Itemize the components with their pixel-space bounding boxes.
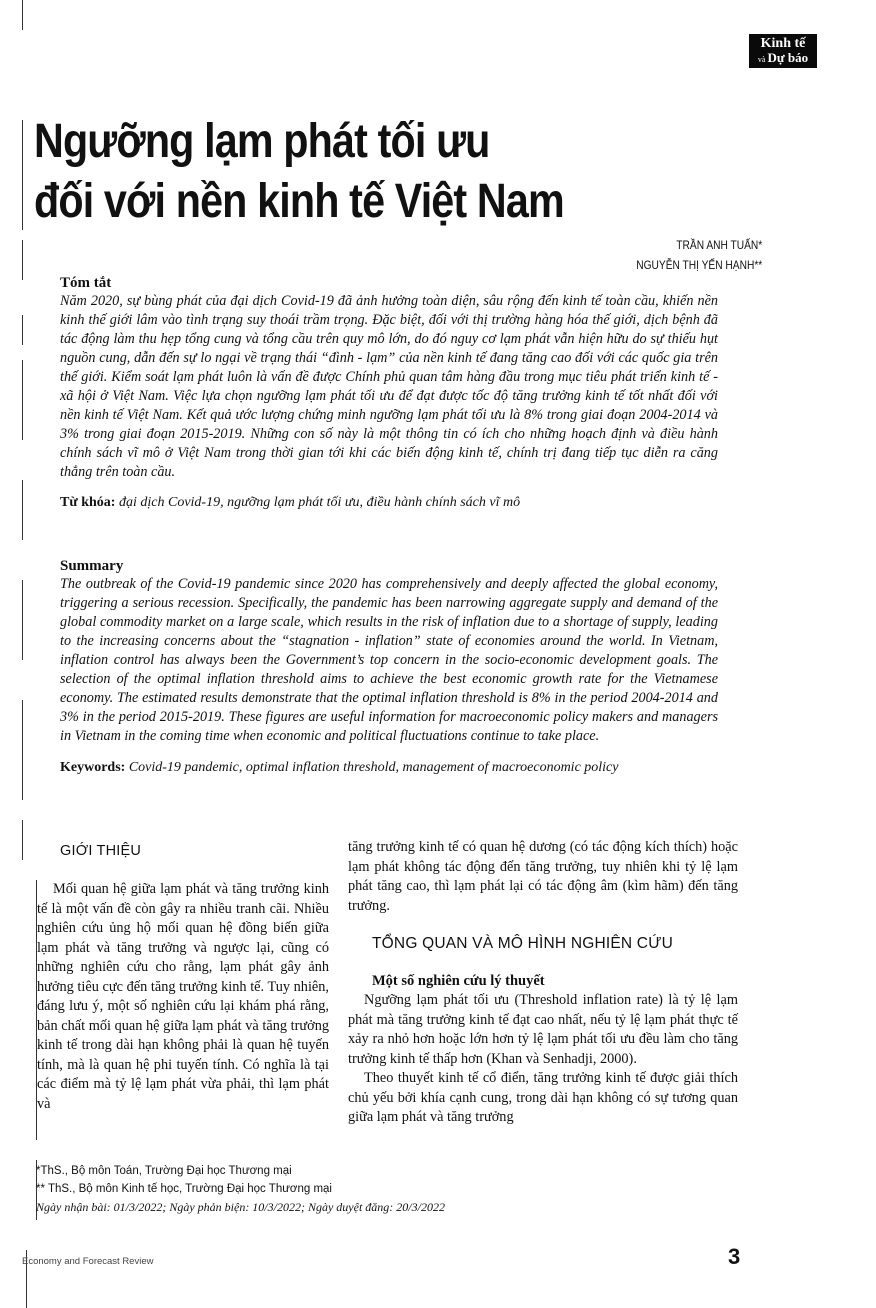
author: TRẦN ANH TUẤN* [636,235,762,255]
intro-paragraph: Mối quan hệ giữa lạm phát và tăng trưởng… [37,880,329,1114]
keywords-line-en: Keywords: Covid-19 pandemic, optimal inf… [60,758,718,777]
article-dates: Ngày nhận bài: 01/3/2022; Ngày phản biện… [36,1198,445,1216]
keywords-text-en: Covid-19 pandemic, optimal inflation thr… [129,760,619,775]
subsection-heading-theory: Một số nghiên cứu lý thuyết [372,973,545,990]
abstract-heading: Tóm tắt [60,275,718,292]
intro-column-left: Mối quan hệ giữa lạm phát và tăng trưởng… [37,880,329,1114]
keywords-label-en: Keywords: [60,760,125,775]
scan-line [22,240,23,280]
scan-line [22,0,23,30]
page-number: 3 [728,1244,740,1270]
footnotes: *ThS., Bộ môn Toán, Trường Đại học Thươn… [36,1162,445,1216]
abstract-text: Năm 2020, sự bùng phát của đại dịch Covi… [60,292,718,482]
scan-line [22,700,23,800]
article-title: Ngưỡng lạm phát tối ưu đối với nền kinh … [34,112,688,232]
section-heading-review: TỔNG QUAN VÀ MÔ HÌNH NGHIÊN CỨU [372,935,673,953]
keywords-text: đại dịch Covid-19, ngưỡng lạm phát tối ư… [119,495,520,510]
author-list: TRẦN ANH TUẤN* NGUYỄN THỊ YẾN HẠNH** [636,235,762,275]
scan-line [22,360,23,440]
scan-line [22,480,23,540]
scan-line [22,315,23,345]
abstract-vietnamese: Tóm tắt Năm 2020, sự bùng phát của đại d… [60,275,718,512]
scan-line [22,820,23,860]
right-column: tăng trưởng kinh tế có quan hệ dương (có… [348,838,738,916]
section-heading-intro: GIỚI THIỆU [60,843,141,859]
theory-column: Ngưỡng lạm phát tối ưu (Threshold inflat… [348,991,738,1128]
keywords-label: Từ khóa: [60,495,115,510]
footnote-1: *ThS., Bộ môn Toán, Trường Đại học Thươn… [36,1162,445,1180]
journal-name: Economy and Forecast Review [22,1256,153,1267]
scan-line [22,580,23,660]
theory-paragraph: Ngưỡng lạm phát tối ưu (Threshold inflat… [348,991,738,1069]
scan-line [22,120,23,230]
abstract-english: Summary The outbreak of the Covid-19 pan… [60,558,718,777]
footnote-2: ** ThS., Bộ môn Kinh tế học, Trường Đại … [36,1180,445,1198]
summary-text: The outbreak of the Covid-19 pandemic si… [60,575,718,746]
summary-heading: Summary [60,558,718,575]
keywords-line: Từ khóa: đại dịch Covid-19, ngưỡng lạm p… [60,493,718,512]
author: NGUYỄN THỊ YẾN HẠNH** [636,255,762,275]
journal-logo: Kinh tế vàDự báo [749,34,817,68]
intro-paragraph-cont: tăng trưởng kinh tế có quan hệ dương (có… [348,838,738,916]
theory-paragraph: Theo thuyết kinh tế cổ điển, tăng trưởng… [348,1069,738,1128]
